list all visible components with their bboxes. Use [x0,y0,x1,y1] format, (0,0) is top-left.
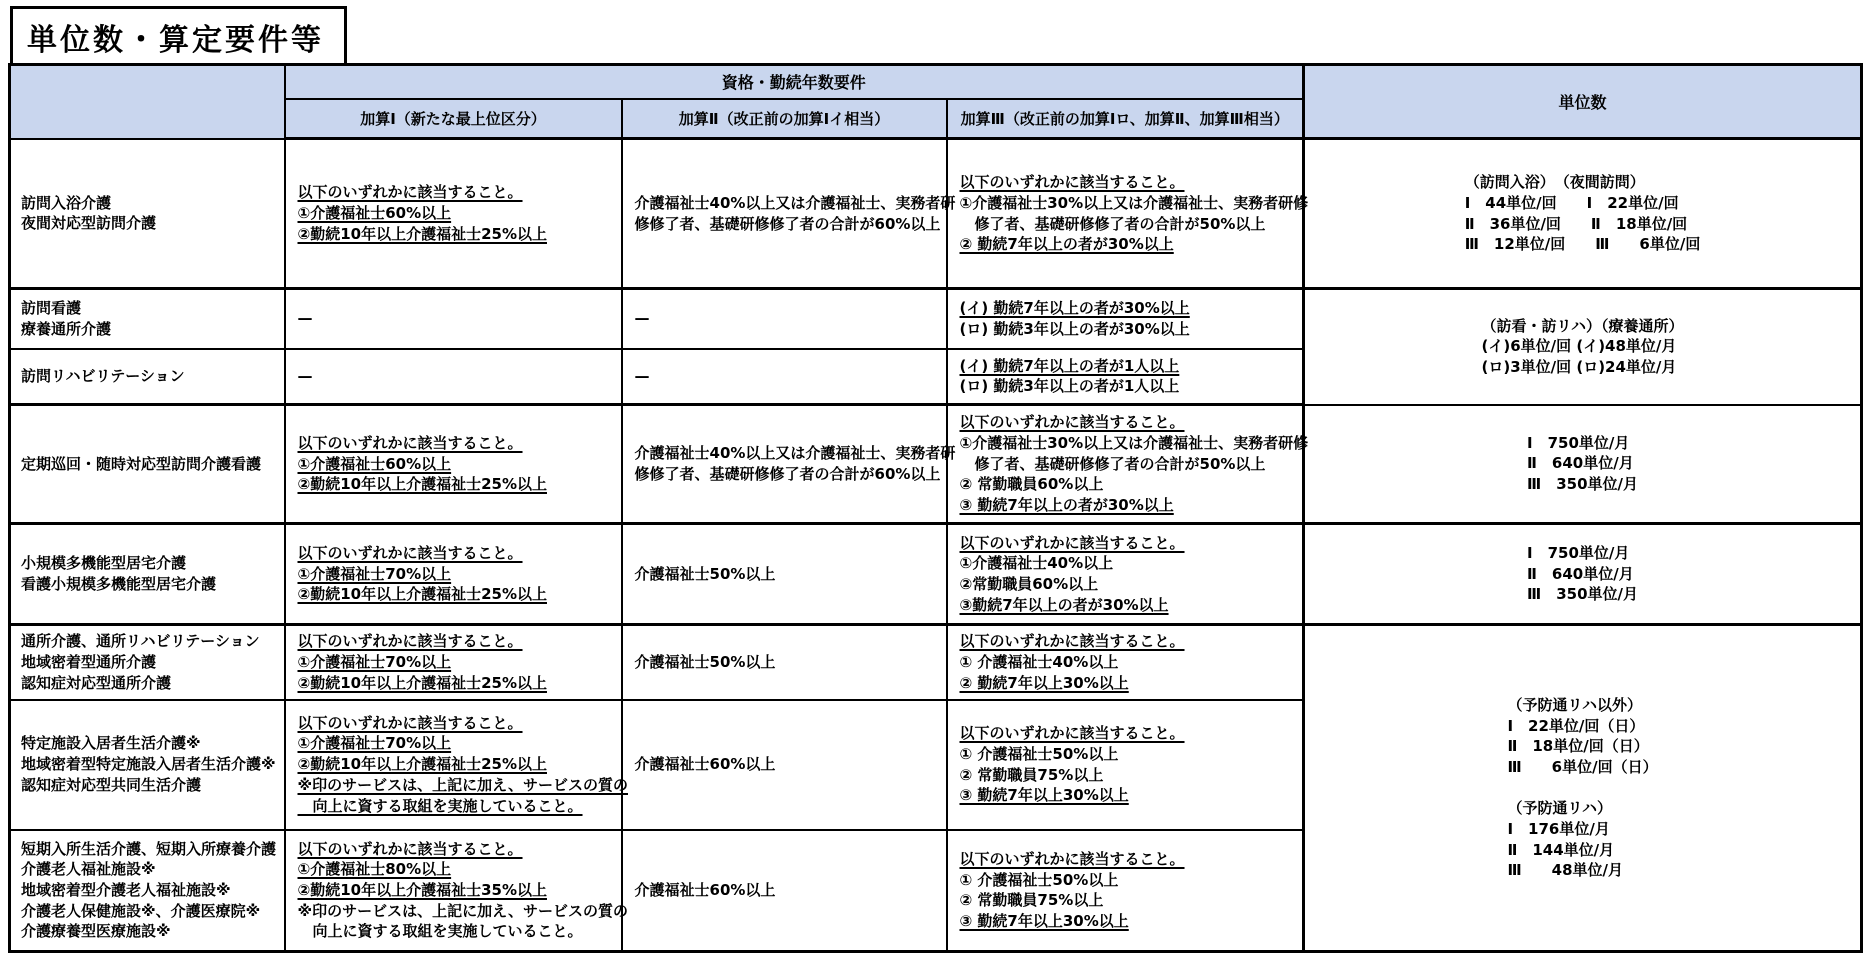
cell-line [1507,778,1657,799]
service-cell: 通所介護、通所リハビリテーション地域密着型通所介護認知症対応型通所介護 [10,625,285,700]
service-column-header [10,65,285,139]
cell-line: ②勤続10年以上介護福祉士25%以上 [298,673,615,694]
kasan1-cell: — [285,349,622,405]
cell-line: ② 勤続7年以上30%以上 [960,673,1297,694]
cell-line: ②勤続10年以上介護福祉士25%以上 [298,754,615,775]
cell-line: ②勤続10年以上介護福祉士25%以上 [298,474,615,495]
cell-line: 特定施設入居者生活介護※ [21,733,278,754]
cell-line: (イ) 勤続7年以上の者が1人以上 [960,356,1297,377]
units-cell: Ⅰ 750単位/月Ⅱ 640単位/月Ⅲ 350単位/月 [1304,524,1862,625]
kasan3-cell: 以下のいずれかに該当すること。①介護福祉士30%以上又は介護福祉士、実務者研修 … [947,405,1304,524]
table-row: 小規模多機能型居宅介護看護小規模多機能型居宅介護以下のいずれかに該当すること。①… [10,524,1862,625]
cell-line: ②勤続10年以上介護福祉士35%以上 [298,880,615,901]
cell-line: 修了者、基礎研修修了者の合計が50%以上 [960,214,1297,235]
cell-line: 訪問看護 [21,298,278,319]
cell-line: ③ 勤続7年以上30%以上 [960,785,1297,806]
cell-line: Ⅱ 640単位/月 [1527,564,1638,585]
service-cell: 定期巡回・随時対応型訪問介護看護 [10,405,285,524]
cell-line: (ロ)3単位/回 (ロ)24単位/月 [1482,357,1684,378]
cell-line: (ロ) 勤続3年以上の者が1人以上 [960,376,1297,397]
cell-line: （予防通リハ） [1507,798,1657,819]
cell-line: 以下のいずれかに該当すること。 [298,182,615,203]
kasan1-cell: 以下のいずれかに該当すること。①介護福祉士60%以上②勤続10年以上介護福祉士2… [285,139,622,289]
cell-line: Ⅱ 144単位/月 [1507,840,1657,861]
service-cell: 小規模多機能型居宅介護看護小規模多機能型居宅介護 [10,524,285,625]
cell-line: ②勤続10年以上介護福祉士25%以上 [298,224,615,245]
kasan2-cell: 介護福祉士50%以上 [622,625,947,700]
cell-line: Ⅱ 18単位/回（日） [1507,736,1657,757]
cell-line: 介護福祉士50%以上 [635,652,940,673]
cell-line: 訪問入浴介護 [21,193,278,214]
cell-line: （訪問入浴） （夜間訪問） [1465,172,1701,193]
cell-line: Ⅰ 750単位/月 [1527,543,1638,564]
kasan3-cell: 以下のいずれかに該当すること。① 介護福祉士50%以上② 常勤職員75%以上③ … [947,830,1304,952]
cell-line: Ⅱ 36単位/回 Ⅱ 18単位/回 [1465,214,1701,235]
cell-line: ①介護福祉士70%以上 [298,652,615,673]
cell-line: 向上に資する取組を実施していること。 [298,921,615,942]
kasan1-cell: — [285,289,622,349]
service-cell: 訪問入浴介護夜間対応型訪問介護 [10,139,285,289]
kasan2-cell: 介護福祉士40%以上又は介護福祉士、実務者研修修了者、基礎研修修了者の合計が60… [622,139,947,289]
cell-line: 定期巡回・随時対応型訪問介護看護 [21,454,278,475]
cell-line: Ⅲ 350単位/月 [1527,584,1638,605]
cell-line: Ⅲ 6単位/回（日） [1507,757,1657,778]
cell-line: ①介護福祉士30%以上又は介護福祉士、実務者研修 [960,433,1297,454]
kasan2-column-header: 加算Ⅱ（改正前の加算Ⅰイ相当） [622,99,947,139]
kasan3-cell: 以下のいずれかに該当すること。① 介護福祉士40%以上② 勤続7年以上30%以上 [947,625,1304,700]
service-cell: 訪問リハビリテーション [10,349,285,405]
requirements-table: 資格・勤続年数要件 単位数 加算Ⅰ（新たな最上位区分） 加算Ⅱ（改正前の加算Ⅰイ… [8,63,1863,953]
cell-line: — [298,366,615,387]
cell-line: Ⅲ 12単位/回 Ⅲ 6単位/回 [1465,234,1701,255]
cell-line: 地域密着型通所介護 [21,652,278,673]
cell-line: 修修了者、基礎研修修了者の合計が60%以上 [635,214,940,235]
kasan3-cell: 以下のいずれかに該当すること。①介護福祉士40%以上②常勤職員60%以上③勤続7… [947,524,1304,625]
kasan2-cell: 介護福祉士60%以上 [622,830,947,952]
cell-line: 以下のいずれかに該当すること。 [298,543,615,564]
units-cell: Ⅰ 750単位/月Ⅱ 640単位/月Ⅲ 350単位/月 [1304,405,1862,524]
cell-line: ② 常勤職員60%以上 [960,474,1297,495]
cell-line: 以下のいずれかに該当すること。 [960,631,1297,652]
cell-line: 以下のいずれかに該当すること。 [298,631,615,652]
page-title: 単位数・算定要件等 [10,6,347,70]
cell-line: 以下のいずれかに該当すること。 [960,849,1297,870]
cell-line: 介護福祉士40%以上又は介護福祉士、実務者研 [635,193,940,214]
cell-line: ※印のサービスは、上記に加え、サービスの質の [298,901,615,922]
cell-line: （訪看・訪リハ）（療養通所） [1482,316,1684,337]
cell-line: 介護福祉士50%以上 [635,564,940,585]
requirements-table-body: 訪問入浴介護夜間対応型訪問介護以下のいずれかに該当すること。①介護福祉士60%以… [10,139,1862,952]
cell-line: ②常勤職員60%以上 [960,574,1297,595]
qualification-group-header: 資格・勤続年数要件 [285,65,1304,99]
service-cell: 短期入所生活介護、短期入所療養介護介護老人福祉施設※地域密着型介護老人福祉施設※… [10,830,285,952]
cell-line: ③ 勤続7年以上の者が30%以上 [960,495,1297,516]
cell-line: 介護療養型医療施設※ [21,921,278,942]
cell-line: ※印のサービスは、上記に加え、サービスの質の [298,775,615,796]
cell-line: — [635,308,940,329]
cell-line: ①介護福祉士70%以上 [298,733,615,754]
cell-line: 地域密着型特定施設入居者生活介護※ [21,754,278,775]
cell-line: 介護老人福祉施設※ [21,859,278,880]
cell-line: 訪問リハビリテーション [21,366,278,387]
cell-line: 通所介護、通所リハビリテーション [21,631,278,652]
cell-line: 認知症対応型共同生活介護 [21,775,278,796]
cell-line: ② 勤続7年以上の者が30%以上 [960,234,1297,255]
kasan2-cell: 介護福祉士50%以上 [622,524,947,625]
cell-line: 以下のいずれかに該当すること。 [298,839,615,860]
cell-line: 介護福祉士60%以上 [635,754,940,775]
cell-line: ①介護福祉士60%以上 [298,454,615,475]
cell-line: ① 介護福祉士50%以上 [960,870,1297,891]
cell-line: ①介護福祉士70%以上 [298,564,615,585]
kasan3-cell: 以下のいずれかに該当すること。① 介護福祉士50%以上② 常勤職員75%以上③ … [947,700,1304,830]
cell-line: ③勤続7年以上の者が30%以上 [960,595,1297,616]
cell-line: ② 常勤職員75%以上 [960,890,1297,911]
kasan1-cell: 以下のいずれかに該当すること。①介護福祉士70%以上②勤続10年以上介護福祉士2… [285,524,622,625]
cell-line: 以下のいずれかに該当すること。 [960,412,1297,433]
kasan3-cell: (イ) 勤続7年以上の者が30%以上(ロ) 勤続3年以上の者が30%以上 [947,289,1304,349]
cell-line: 短期入所生活介護、短期入所療養介護 [21,839,278,860]
cell-line: 以下のいずれかに該当すること。 [960,533,1297,554]
cell-line: ③ 勤続7年以上30%以上 [960,911,1297,932]
cell-line: Ⅰ 44単位/回 Ⅰ 22単位/回 [1465,193,1701,214]
cell-line: 以下のいずれかに該当すること。 [298,433,615,454]
cell-line: 以下のいずれかに該当すること。 [298,713,615,734]
cell-line: (イ) 勤続7年以上の者が30%以上 [960,298,1297,319]
service-cell: 訪問看護療養通所介護 [10,289,285,349]
cell-line: 地域密着型介護老人福祉施設※ [21,880,278,901]
cell-line: ①介護福祉士60%以上 [298,203,615,224]
cell-line: 小規模多機能型居宅介護 [21,553,278,574]
table-row: 訪問入浴介護夜間対応型訪問介護以下のいずれかに該当すること。①介護福祉士60%以… [10,139,1862,289]
cell-line: 介護福祉士40%以上又は介護福祉士、実務者研 [635,443,940,464]
table-row: 通所介護、通所リハビリテーション地域密着型通所介護認知症対応型通所介護以下のいず… [10,625,1862,700]
units-cell: （訪問入浴） （夜間訪問）Ⅰ 44単位/回 Ⅰ 22単位/回Ⅱ 36単位/回 Ⅱ… [1304,139,1862,289]
kasan1-cell: 以下のいずれかに該当すること。①介護福祉士70%以上②勤続10年以上介護福祉士2… [285,625,622,700]
cell-line: (イ)6単位/回 (イ)48単位/月 [1482,336,1684,357]
cell-line: Ⅰ 22単位/回（日） [1507,716,1657,737]
units-cell: （予防通リハ以外）Ⅰ 22単位/回（日）Ⅱ 18単位/回（日）Ⅲ 6単位/回（日… [1304,625,1862,952]
cell-line: 療養通所介護 [21,319,278,340]
kasan2-cell: — [622,289,947,349]
cell-line: ① 介護福祉士50%以上 [960,744,1297,765]
kasan2-cell: 介護福祉士40%以上又は介護福祉士、実務者研修修了者、基礎研修修了者の合計が60… [622,405,947,524]
cell-line: Ⅰ 176単位/月 [1507,819,1657,840]
kasan1-column-header: 加算Ⅰ（新たな最上位区分） [285,99,622,139]
kasan1-cell: 以下のいずれかに該当すること。①介護福祉士80%以上②勤続10年以上介護福祉士3… [285,830,622,952]
cell-line: 夜間対応型訪問介護 [21,213,278,234]
cell-line: 認知症対応型通所介護 [21,673,278,694]
kasan1-cell: 以下のいずれかに該当すること。①介護福祉士70%以上②勤続10年以上介護福祉士2… [285,700,622,830]
cell-line: — [635,366,940,387]
service-cell: 特定施設入居者生活介護※地域密着型特定施設入居者生活介護※認知症対応型共同生活介… [10,700,285,830]
kasan2-cell: 介護福祉士60%以上 [622,700,947,830]
cell-line: ①介護福祉士40%以上 [960,553,1297,574]
cell-line: (ロ) 勤続3年以上の者が30%以上 [960,319,1297,340]
units-cell: （訪看・訪リハ）（療養通所）(イ)6単位/回 (イ)48単位/月(ロ)3単位/回… [1304,289,1862,405]
cell-line: — [298,308,615,329]
units-column-header: 単位数 [1304,65,1862,139]
cell-line: ①介護福祉士80%以上 [298,859,615,880]
table-row: 訪問看護療養通所介護——(イ) 勤続7年以上の者が30%以上(ロ) 勤続3年以上… [10,289,1862,349]
kasan2-cell: — [622,349,947,405]
cell-line: （予防通リハ以外） [1507,695,1657,716]
kasan3-cell: 以下のいずれかに該当すること。①介護福祉士30%以上又は介護福祉士、実務者研修 … [947,139,1304,289]
kasan3-column-header: 加算Ⅲ（改正前の加算Ⅰロ、加算Ⅱ、加算Ⅲ相当） [947,99,1304,139]
cell-line: 向上に資する取組を実施していること。 [298,796,615,817]
cell-line: ① 介護福祉士40%以上 [960,652,1297,673]
kasan1-cell: 以下のいずれかに該当すること。①介護福祉士60%以上②勤続10年以上介護福祉士2… [285,405,622,524]
table-row: 定期巡回・随時対応型訪問介護看護以下のいずれかに該当すること。①介護福祉士60%… [10,405,1862,524]
cell-line: 介護福祉士60%以上 [635,880,940,901]
cell-line: Ⅱ 640単位/月 [1527,453,1638,474]
cell-line: 介護老人保健施設※、介護医療院※ [21,901,278,922]
cell-line: 以下のいずれかに該当すること。 [960,723,1297,744]
kasan3-cell: (イ) 勤続7年以上の者が1人以上(ロ) 勤続3年以上の者が1人以上 [947,349,1304,405]
cell-line: Ⅲ 48単位/月 [1507,860,1657,881]
cell-line: ②勤続10年以上介護福祉士25%以上 [298,584,615,605]
cell-line: ② 常勤職員75%以上 [960,765,1297,786]
cell-line: 修修了者、基礎研修修了者の合計が60%以上 [635,464,940,485]
cell-line: 以下のいずれかに該当すること。 [960,172,1297,193]
cell-line: 修了者、基礎研修修了者の合計が50%以上 [960,454,1297,475]
cell-line: Ⅲ 350単位/月 [1527,474,1638,495]
cell-line: 看護小規模多機能型居宅介護 [21,574,278,595]
cell-line: Ⅰ 750単位/月 [1527,433,1638,454]
cell-line: ①介護福祉士30%以上又は介護福祉士、実務者研修 [960,193,1297,214]
